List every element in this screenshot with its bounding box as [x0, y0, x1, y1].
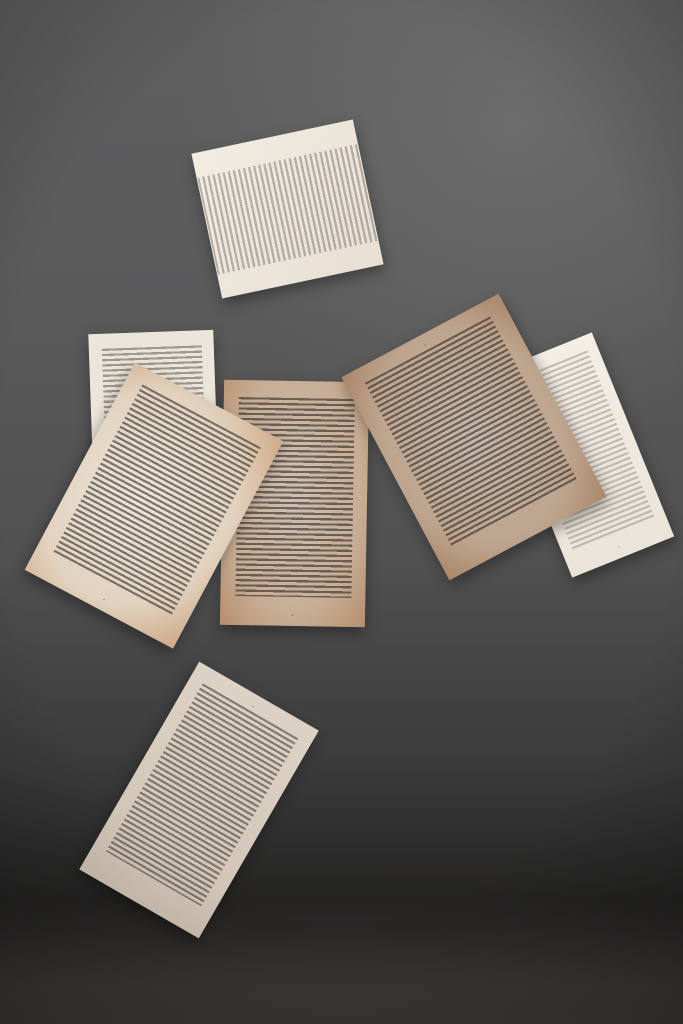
vignette-overlay: [0, 0, 683, 1024]
